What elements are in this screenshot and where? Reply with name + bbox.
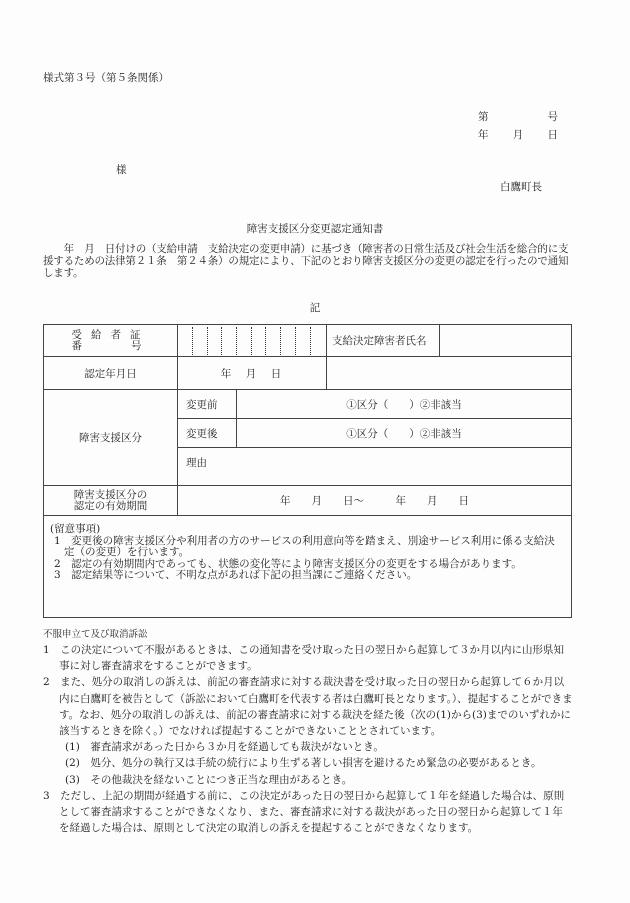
before-change-label: 変更前 [186, 390, 236, 418]
after-change-value[interactable]: ①区分（ ）②非該当 [237, 419, 571, 447]
form-number: 様式第３号（第５条関係） [43, 70, 169, 85]
addressee: 様 [116, 162, 127, 177]
recipient-name-label: 支給決定障害者氏名 [332, 325, 439, 356]
reason-field[interactable] [234, 448, 571, 485]
certification-date-label: 認定年月日 [44, 357, 177, 389]
note-item: 1 変更後の障害支援区分や利用者の方のサービスの利用意向等を踏まえ、別途サービス… [50, 536, 565, 559]
appeal-sub-item: (1) 審査請求があった日から３か月を経過しても裁決がないとき。 [43, 739, 573, 755]
body-paragraph: 年 月 日付けの（支給申請 支給決定の変更申請）に基づき（障害者の日常生活及び社… [43, 243, 573, 279]
ki-marker: 記 [0, 300, 630, 315]
certification-table: 受給者証 番 号 支給決定障害者氏名 認定年月日 年 月 日 障害支援区分 変更… [43, 324, 572, 618]
before-change-value[interactable]: ①区分（ ）②非該当 [237, 390, 571, 418]
certification-date-value[interactable]: 年 月 日 [178, 357, 326, 389]
appeal-item: 3 ただし、上記の期間が経過する前に、この決定があった日の翌日から起算して１年を… [43, 788, 573, 837]
cert-label-line1: 受給者証 [72, 330, 150, 341]
appeal-heading: 不服申立て及び取消訴訟 [43, 628, 573, 642]
validity-period-label: 障害支援区分の 認定の有効期間 [44, 486, 177, 515]
reason-label: 理由 [186, 455, 226, 469]
issuer: 白鷹町長 [500, 179, 542, 194]
appeal-sub-item: (3) その他裁決を経ないことにつき正当な理由があるとき。 [43, 772, 573, 788]
appeal-sub-item: (2) 処分、処分の執行又は手続の続行により生ずる著しい損害を避けるため緊急の必… [43, 755, 573, 771]
notes-section: (留意事項) 1 変更後の障害支援区分や利用者の方のサービスの利用意向等を踏まえ… [44, 516, 571, 616]
issue-date: 年 月 日 [478, 126, 558, 144]
recipient-name-field[interactable] [440, 325, 571, 356]
document-number-block: 第 号 年 月 日 [478, 108, 558, 144]
date-month: 月 [513, 126, 524, 144]
certificate-number-field[interactable] [178, 325, 326, 356]
validity-period-value[interactable]: 年 月 日～ 年 月 日 [178, 486, 571, 515]
validity-label-line1: 障害支援区分の [74, 490, 148, 501]
document-number: 第 号 [478, 108, 558, 126]
date-year: 年 [478, 126, 489, 144]
validity-label-line2: 認定の有効期間 [74, 501, 148, 512]
note-item: 3 認定結果等について、不明な点があれば下記の担当課にご連絡ください。 [50, 570, 565, 582]
certificate-number-label: 受給者証 番 号 [44, 325, 177, 356]
after-change-label: 変更後 [186, 419, 236, 447]
blank-cell [327, 357, 571, 389]
doc-number-prefix: 第 [478, 108, 489, 126]
support-category-label: 障害支援区分 [44, 390, 177, 485]
cert-label-go: 号 [131, 341, 142, 352]
appeal-item: 2 また、処分の取消しの訴えは、前記の審査請求に対する裁決書を受け取った日の翌日… [43, 674, 573, 739]
appeal-item: 1 この決定について不服があるときは、この通知書を受け取った日の翌日から起算して… [43, 642, 573, 674]
doc-number-suffix: 号 [548, 108, 559, 126]
cert-label-ban: 番 [72, 341, 83, 352]
appeal-section: 不服申立て及び取消訴訟 1 この決定について不服があるときは、この通知書を受け取… [43, 628, 573, 836]
date-day: 日 [548, 126, 559, 144]
notes-heading: (留意事項) [50, 524, 565, 536]
document-title: 障害支援区分変更認定通知書 [0, 221, 630, 236]
